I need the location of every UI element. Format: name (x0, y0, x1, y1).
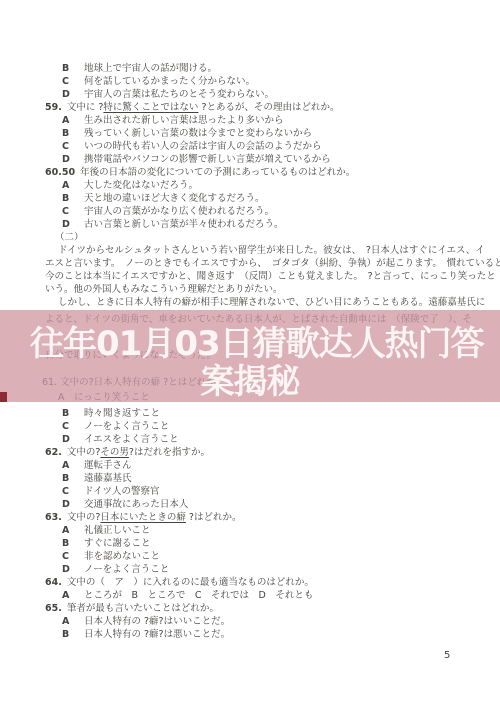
option-letter: C (62, 550, 84, 563)
line-text: 日本人特有の ?癖?は悪いことだ。 (84, 629, 230, 640)
option-letter: D (62, 433, 84, 446)
option-letter: A (62, 459, 84, 472)
option-line: C非を認めないこと (0, 550, 500, 563)
option-line: Dノーをよく言うこと (0, 563, 500, 576)
question-line: 60.50年後の日本語の変化についての予測にあっているものはどれか。 (0, 166, 500, 179)
option-line: C宇宙人の言葉がかなり広く使われるだろう。 (0, 205, 500, 218)
option-letter: B (62, 62, 84, 75)
underlined-phrase: 特に驚くことではない (103, 102, 198, 113)
option-letter: B (62, 472, 84, 485)
line-text: 何を話しているかまったく分からない。 (84, 76, 255, 87)
option-line: C何を話しているかまったく分からない。 (0, 75, 500, 88)
option-line: Cいつの時代も若い人の会話は宇宙人の会話のようだから (0, 140, 500, 153)
line-text: 礼儀正しいこと (84, 525, 151, 536)
question-number: 64. (45, 577, 62, 588)
line-text: ?とあるが、その理由はどれか。 (198, 102, 339, 113)
line-text: 生み出された新しい言葉は思ったより多いから (84, 115, 284, 126)
option-letter: B (62, 407, 84, 420)
option-letter: A (62, 179, 84, 192)
document-line: エスと言います。 ノーのときでもイエスですから、 ゴタゴタ（糾紛、争執）が起こり… (0, 257, 500, 270)
line-text: いつの時代も若い人の会話は宇宙人の会話のようだから (84, 141, 322, 152)
line-text: 遠藤嘉基氏 (84, 473, 132, 484)
line-text: いう。他の外国人もみなこういう理解だとありがたい。 (45, 284, 283, 295)
line-text: すぐに謝ること (84, 538, 151, 549)
document-line: （二） (0, 231, 500, 244)
option-line: Cノーをよく言うこと (0, 420, 500, 433)
title-banner-overlay: よると、ドイツの街角で、車をおいていたある日本人が、とばされた自動車には （保険… (0, 310, 500, 402)
underlined-phrase: 日本にいたときの癖 (100, 512, 186, 523)
option-line: A生み出された新しい言葉は思ったより多いから (0, 114, 500, 127)
page-number: 5 (444, 650, 450, 661)
banner-title-line2: 案揭秘 (0, 354, 500, 403)
line-text: 交通事故にあった日本人 (84, 499, 188, 510)
line-text: （二） (55, 232, 84, 243)
option-line: B時々聞き返すこと (0, 407, 500, 420)
line-text: ところが B ところで C それでは D それとも (84, 590, 313, 601)
line-text: ノーをよく言うこと (84, 421, 169, 432)
underlined-phrase: その男 (100, 447, 129, 458)
option-letter: D (62, 498, 84, 511)
option-line: A大した変化はないだろう。 (0, 179, 500, 192)
option-line: Bすぐに謝ること (0, 537, 500, 550)
option-line: A運転手さん (0, 459, 500, 472)
option-line: D宇宙人の言葉は私たちのとそう変わらない。 (0, 88, 500, 101)
option-line: B遠藤嘉基氏 (0, 472, 500, 485)
line-text: 文中の? (67, 512, 101, 523)
question-number: 62. (45, 447, 62, 458)
question-number: 60.50 (45, 167, 75, 178)
option-line: A日本人特有の ?癖?はいいことだ。 (0, 615, 500, 628)
line-text: イエスをよく言うこと (84, 434, 179, 445)
option-letter: A (62, 114, 84, 127)
line-text: ノーをよく言うこと (84, 564, 169, 575)
line-text: ?はだれを指すか。 (129, 447, 210, 458)
line-text: 古い言葉と新しい言葉が半々使われるだろう。 (84, 219, 284, 230)
question-line: 63.文中の?日本にいたときの癖 ?はどれか。 (0, 511, 500, 524)
option-line: Aところが B ところで C それでは D それとも (0, 589, 500, 602)
line-text: 日本人特有の ?癖?はいいことだ。 (84, 616, 230, 627)
question-line: 64.文中の（ ア ）に入れるのに最も適当なものはどれか。 (0, 576, 500, 589)
line-text: 今のことは本当にイエスですかと、聞き返す （反問）ことも覚えました。 ?と言って… (45, 271, 496, 282)
exam-page: B地球上で宇宙人の話が聞ける。C何を話しているかまったく分からない。D宇宙人の言… (0, 0, 500, 706)
option-letter: C (62, 420, 84, 433)
line-text: 年後の日本語の変化についての予測にあっているものはどれか。 (80, 167, 355, 178)
line-text: 非を認めないこと (84, 551, 160, 562)
option-letter: C (62, 75, 84, 88)
option-letter: C (62, 140, 84, 153)
line-text: ?はどれか。 (186, 512, 242, 523)
question-line: 65.筆者が最も言いたいことはどれか。 (0, 602, 500, 615)
option-letter: C (62, 205, 84, 218)
option-letter: B (62, 628, 84, 641)
line-text: 宇宙人の言葉は私たちのとそう変わらない。 (84, 89, 274, 100)
option-letter: B (62, 192, 84, 205)
option-line: D携帯電話やパソコンの影響で新しい言葉が増えているから (0, 153, 500, 166)
option-letter: C (62, 485, 84, 498)
option-letter: B (62, 127, 84, 140)
option-letter: D (62, 218, 84, 231)
option-letter: A (62, 524, 84, 537)
line-text: 宇宙人の言葉がかなり広く使われるだろう。 (84, 206, 274, 217)
option-line: B地球上で宇宙人の話が聞ける。 (0, 62, 500, 75)
line-text: エスと言います。 ノーのときでもイエスですから、 ゴタゴタ（糾紛、争執）が起こり… (45, 258, 500, 269)
option-line: D古い言葉と新しい言葉が半々使われるだろう。 (0, 218, 500, 231)
option-letter: A (62, 589, 84, 602)
line-text: しかし、ときに日本人特有の癖が相手に理解されないで、ひどい目にあうこともある。遠… (58, 297, 485, 308)
line-text: 時々聞き返すこと (84, 408, 160, 419)
question-number: 65. (45, 603, 62, 614)
option-line: D交通事故にあった日本人 (0, 498, 500, 511)
document-text-lower: B時々聞き返すことCノーをよく言うことDイエスをよく言うこと62.文中の?その男… (0, 407, 500, 641)
option-letter: D (62, 88, 84, 101)
line-text: 運転手さん (84, 460, 132, 471)
option-line: B残っていく新しい言葉の数は今までと変わらないから (0, 127, 500, 140)
line-text: 大した変化はないだろう。 (84, 180, 198, 191)
option-line: A礼儀正しいこと (0, 524, 500, 537)
question-number: 63. (45, 512, 62, 523)
option-letter: D (62, 563, 84, 576)
document-line: いう。他の外国人もみなこういう理解だとありがたい。 (0, 283, 500, 296)
banner-corner-mark (0, 392, 7, 402)
line-text: 文中に ? (67, 102, 104, 113)
line-text: 地球上で宇宙人の話が聞ける。 (84, 63, 217, 74)
option-line: B天と地の違いほど大きく変化するだろう。 (0, 192, 500, 205)
document-line: しかし、ときに日本人特有の癖が相手に理解されないで、ひどい目にあうこともある。遠… (0, 296, 500, 309)
document-line: ドイツからセルシュタットさんという若い留学生が来日した。彼女は、 ?日本人はすぐ… (0, 244, 500, 257)
option-line: Cドイツ人の警察官 (0, 485, 500, 498)
line-text: ドイツからセルシュタットさんという若い留学生が来日した。彼女は、 ?日本人はすぐ… (58, 245, 485, 256)
line-text: 筆者が最も言いたいことはどれか。 (67, 603, 219, 614)
question-line: 59.文中に ?特に驚くことではない ?とあるが、その理由はどれか。 (0, 101, 500, 114)
line-text: 天と地の違いほど大きく変化するだろう。 (84, 193, 265, 204)
document-text-upper: B地球上で宇宙人の話が聞ける。C何を話しているかまったく分からない。D宇宙人の言… (0, 62, 500, 309)
line-text: ドイツ人の警察官 (84, 486, 160, 497)
question-line: 62.文中の?その男?はだれを指すか。 (0, 446, 500, 459)
option-letter: D (62, 153, 84, 166)
line-text: 残っていく新しい言葉の数は今までと変わらないから (84, 128, 312, 139)
option-letter: B (62, 537, 84, 550)
line-text: 文中の（ ア ）に入れるのに最も適当なものはどれか。 (67, 577, 314, 588)
option-line: B日本人特有の ?癖?は悪いことだ。 (0, 628, 500, 641)
line-text: 携帯電話やパソコンの影響で新しい言葉が増えているから (84, 154, 331, 165)
line-text: 文中の? (67, 447, 101, 458)
document-line: 今のことは本当にイエスですかと、聞き返す （反問）ことも覚えました。 ?と言って… (0, 270, 500, 283)
question-number: 59. (45, 102, 62, 113)
option-letter: A (62, 615, 84, 628)
option-line: Dイエスをよく言うこと (0, 433, 500, 446)
